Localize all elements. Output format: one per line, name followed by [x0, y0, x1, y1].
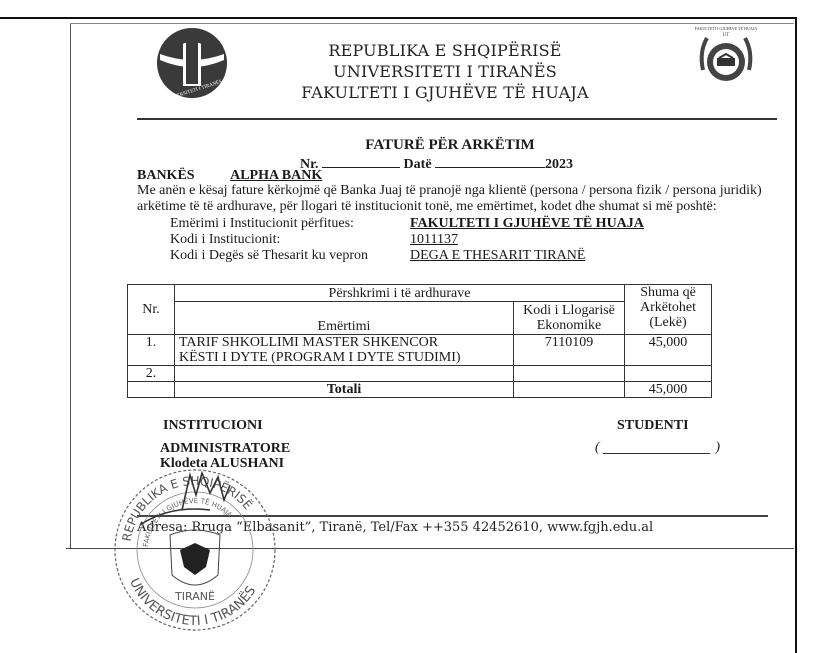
- signature-open-paren: (: [595, 440, 600, 456]
- document-top-edge: [70, 23, 794, 24]
- info-label: Kodi i Institucionit:: [170, 232, 410, 248]
- info-row-treasury: Kodi i Degës së Thesarit ku vepron DEGA …: [170, 248, 644, 264]
- row-nr: 2.: [128, 366, 175, 382]
- svg-text:UNIVERSITETI I TIRANËS: UNIVERSITETI I TIRANËS: [126, 576, 259, 629]
- svg-text:TIRANË: TIRANË: [174, 590, 215, 603]
- row-nr: 1.: [128, 335, 175, 366]
- total-nr-empty: [128, 382, 175, 398]
- header-line-university: UNIVERSITETI I TIRANËS: [280, 61, 610, 82]
- student-signature-label: STUDENTI: [617, 418, 689, 434]
- paragraph-line-1: Me anën e kësaj fature kërkojmë që Banka…: [137, 183, 787, 199]
- invoice-nr-field[interactable]: [322, 154, 400, 168]
- paragraph-line-2: arkëtime të të ardhurave, për llogari të…: [137, 199, 787, 215]
- header-line-faculty: FAKULTETI I GJUHËVE TË HUAJA: [280, 82, 610, 103]
- bank-name: ALPHA BANK: [230, 168, 322, 183]
- info-value: DEGA E THESARIT TIRANË: [410, 248, 585, 264]
- bank-label: BANKËS: [137, 168, 195, 183]
- student-signature-field[interactable]: ( ): [595, 440, 720, 456]
- institution-header: REPUBLIKA E SHQIPËRISË UNIVERSITETI I TI…: [280, 40, 610, 103]
- frame-right-border: [795, 17, 797, 653]
- row-amount: [625, 366, 712, 382]
- table-header-row: Nr. Përshkrimi i të ardhurave Shuma që A…: [128, 285, 712, 302]
- revenue-table: Nr. Përshkrimi i të ardhurave Shuma që A…: [127, 284, 712, 398]
- footer-divider: [137, 515, 768, 517]
- total-amount: 45,000: [625, 382, 712, 398]
- administrator-name: Klodeta ALUSHANI: [160, 456, 290, 471]
- info-value: FAKULTETI I GJUHËVE TË HUAJA: [410, 216, 644, 232]
- row-account-code: 7110109: [514, 335, 625, 366]
- administrator-title: ADMINISTRATORE: [160, 441, 290, 456]
- header-account-code: Kodi i Llogarisë Ekonomike: [514, 302, 625, 335]
- header-name: Emërtimi: [175, 302, 514, 335]
- svg-text:FAKULTETI I GJUHEVE TE HUAJA: FAKULTETI I GJUHEVE TE HUAJA: [695, 26, 757, 31]
- info-row-code: Kodi i Institucionit: 1011137: [170, 232, 644, 248]
- invoice-date-field[interactable]: [435, 154, 545, 168]
- invoice-number-date-row: Nr. Datë 2023: [300, 154, 573, 173]
- row-name: TARIF SHKOLLIMI MASTER SHKENCOR KËSTI I …: [175, 335, 514, 366]
- institution-signature-label: INSTITUCIONI: [163, 418, 263, 434]
- table-subheader-row: Emërtimi Kodi i Llogarisë Ekonomike: [128, 302, 712, 335]
- document-left-edge: [70, 23, 71, 548]
- row-name-line-2: KËSTI I DYTE (PROGRAM I DYTE STUDIMI): [179, 350, 509, 365]
- row-name-line-1: TARIF SHKOLLIMI MASTER SHKENCOR: [179, 335, 509, 350]
- institution-info: Emërimi i Institucionit përfitues: FAKUL…: [170, 216, 644, 264]
- row-name: [175, 366, 514, 382]
- invoice-title: FATURË PËR ARKËTIM: [300, 137, 600, 154]
- frame-top-border: [0, 17, 796, 19]
- header-description-group: Përshkrimi i të ardhurave: [175, 285, 625, 302]
- table-row: 1. TARIF SHKOLLIMI MASTER SHKENCOR KËSTI…: [128, 335, 712, 366]
- bank-row: BANKËS ALPHA BANK: [137, 168, 322, 184]
- signature-line: [603, 453, 710, 454]
- invoice-year: 2023: [545, 157, 573, 172]
- row-account-code: [514, 366, 625, 382]
- row-amount: 45,000: [625, 335, 712, 366]
- table-row: 2.: [128, 366, 712, 382]
- table-total-row: Totali 45,000: [128, 382, 712, 398]
- header-divider: [137, 118, 777, 120]
- header-line-republic: REPUBLIKA E SHQIPËRISË: [280, 40, 610, 61]
- administrator-block: ADMINISTRATORE Klodeta ALUSHANI: [160, 441, 290, 471]
- info-value: 1011137: [410, 232, 458, 248]
- invoice-date-label: Datë: [404, 157, 432, 172]
- info-label: Emërimi i Institucionit përfitues:: [170, 216, 410, 232]
- university-logo-icon: UNIVERSITETI I TIRANËS: [150, 26, 235, 101]
- signature-close-paren: ): [715, 440, 720, 456]
- total-code-empty: [514, 382, 625, 398]
- total-label: Totali: [175, 382, 514, 398]
- svg-text:UT: UT: [723, 33, 730, 38]
- faculty-logo-icon: UT FAKULTETI I GJUHEVE TE HUAJA: [695, 22, 757, 94]
- header-amount: Shuma që Arkëtohet (Lekë): [625, 285, 712, 335]
- document-bottom-edge: [66, 548, 794, 549]
- header-nr: Nr.: [128, 285, 175, 335]
- footer-address: Adresa: Rruga “Elbasanit”, Tiranë, Tel/F…: [137, 520, 653, 535]
- info-row-institution: Emërimi i Institucionit përfitues: FAKUL…: [170, 216, 644, 232]
- request-paragraph: Me anën e kësaj fature kërkojmë që Banka…: [137, 183, 787, 215]
- official-stamp-icon: REPUBLIKA E SHQIPËRISË UNIVERSITETI I TI…: [100, 455, 290, 645]
- info-label: Kodi i Degës së Thesarit ku vepron: [170, 248, 410, 264]
